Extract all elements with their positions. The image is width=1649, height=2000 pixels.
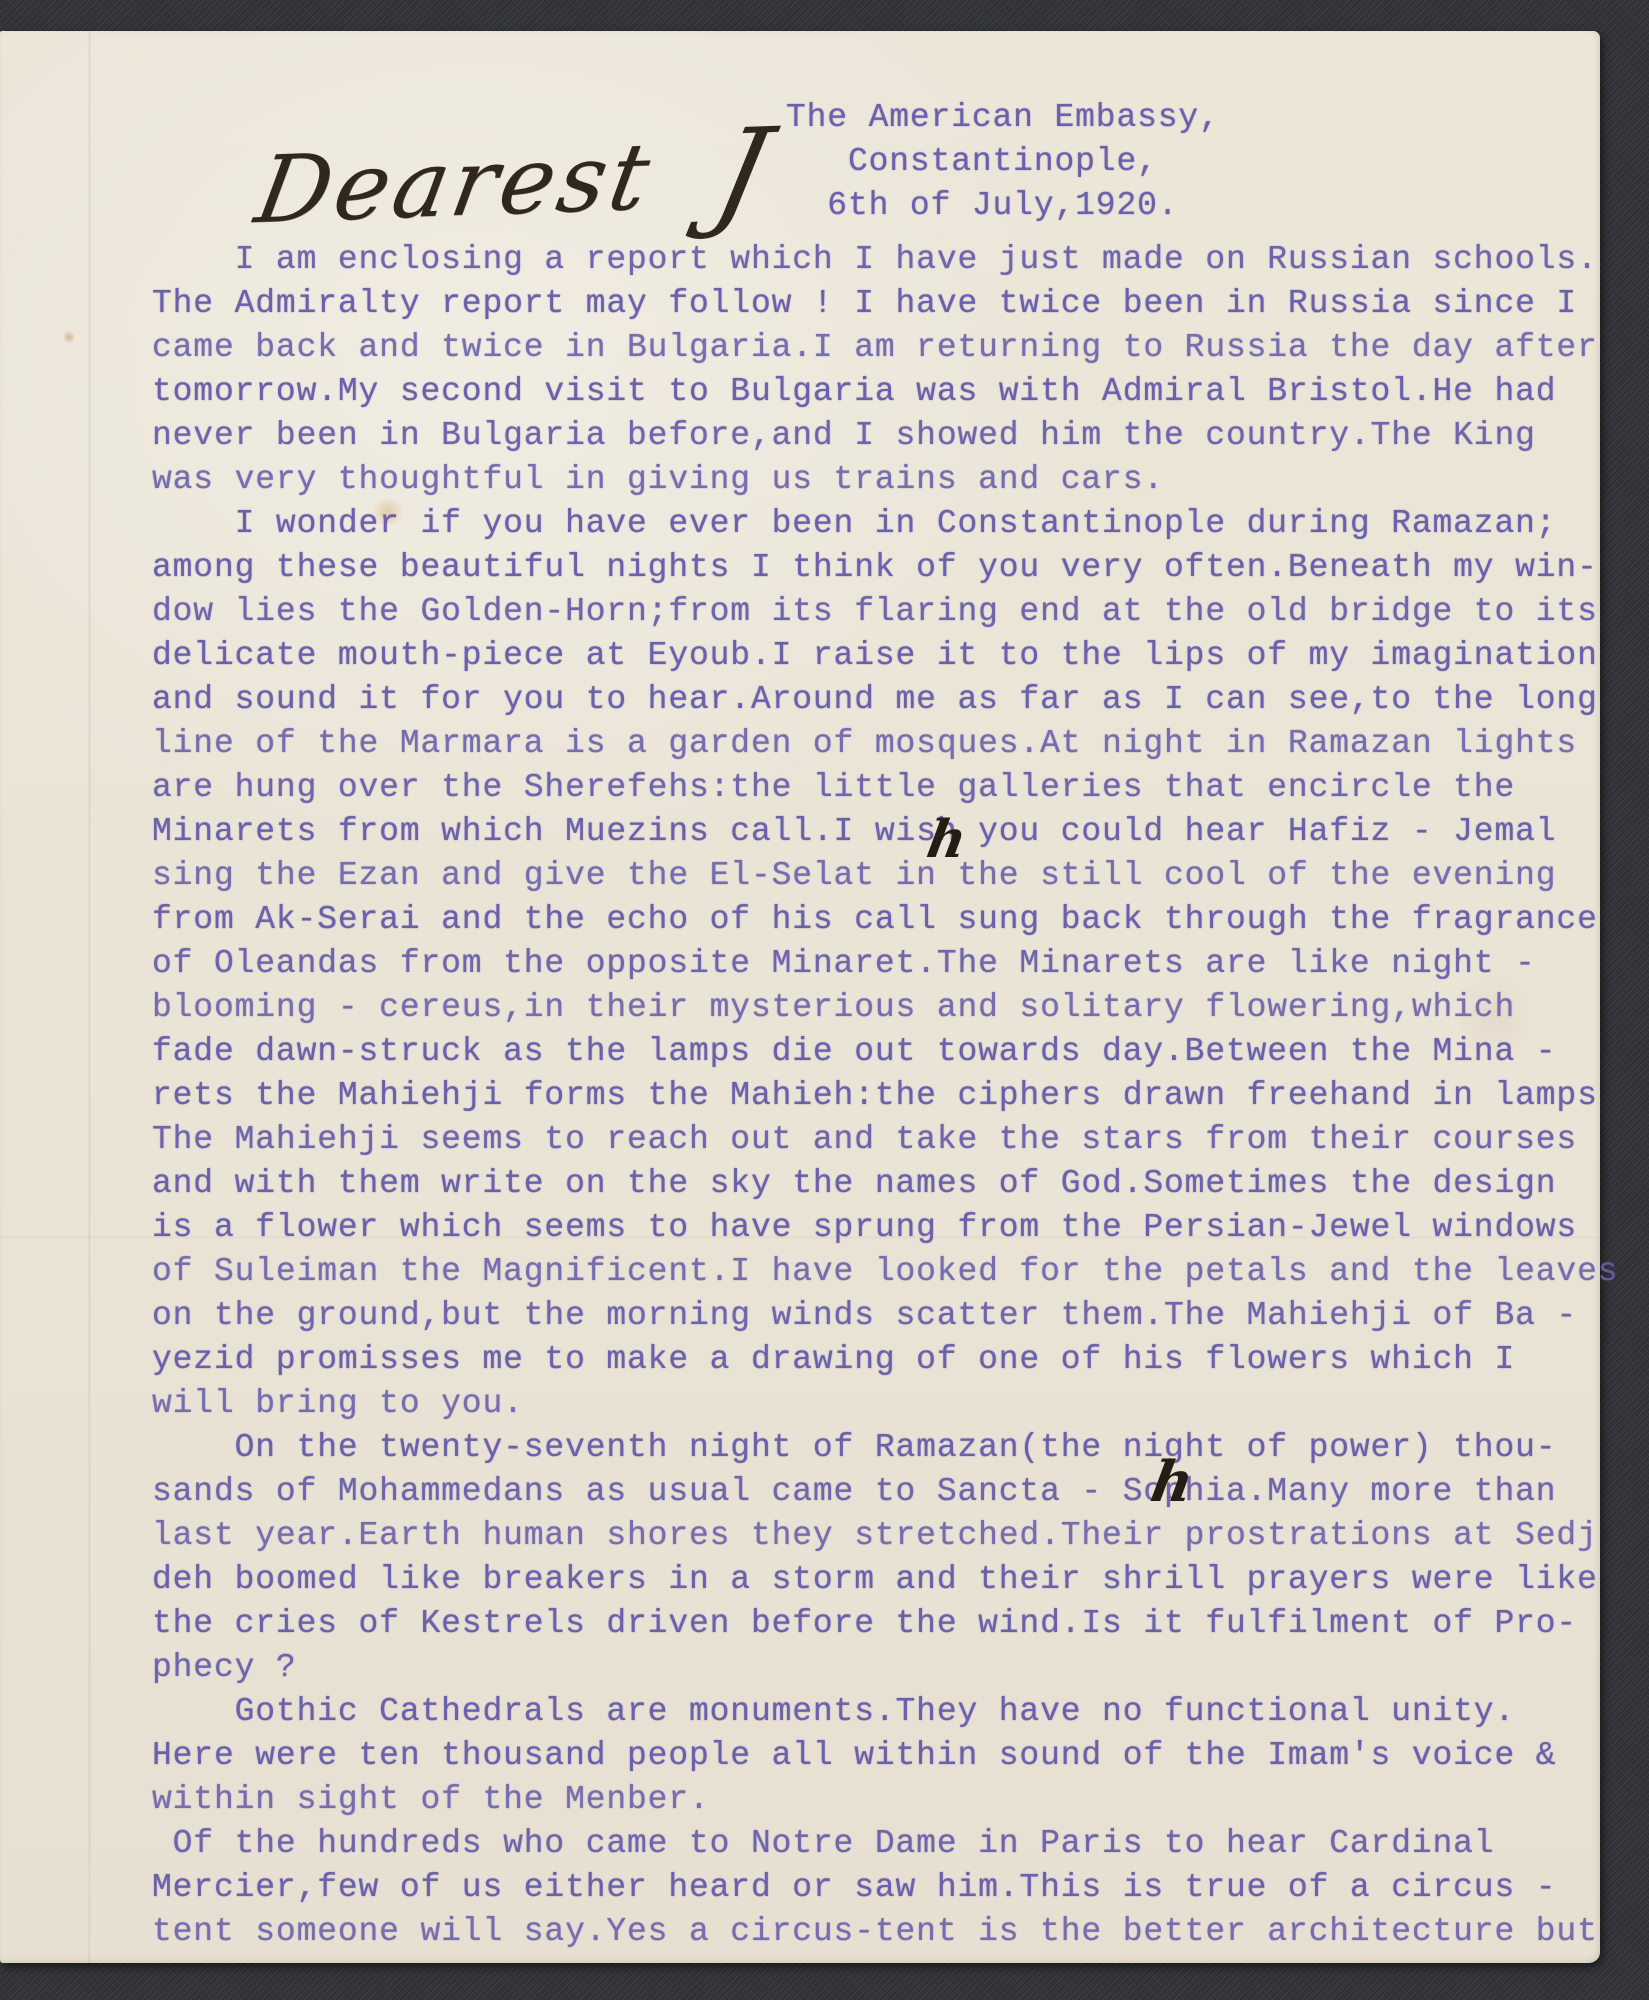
text-line: Of the hundreds who came to Notre Dame i… bbox=[152, 1822, 1594, 1866]
text-line: tent someone will say.Yes a circus-tent … bbox=[152, 1910, 1594, 1954]
text-line: of Suleiman the Magnificent.I have looke… bbox=[152, 1250, 1594, 1294]
text-line: was very thoughtful in giving us trains … bbox=[152, 458, 1594, 502]
text-line: The American Embassy, bbox=[786, 97, 1220, 141]
text-line: delicate mouth-piece at Eyoub.I raise it… bbox=[152, 634, 1594, 678]
text-line: sing the Ezan and give the El-Selat in t… bbox=[152, 854, 1594, 898]
letterhead: The American Embassy, Constantinople, 6t… bbox=[786, 97, 1220, 229]
salutation-initial: J bbox=[704, 102, 781, 243]
letter-body: I am enclosing a report which I have jus… bbox=[152, 238, 1594, 1954]
text-line: within sight of the Menber. bbox=[152, 1778, 1594, 1822]
text-line: On the twenty-seventh night of Ramazan(t… bbox=[152, 1426, 1594, 1470]
text-line: came back and twice in Bulgaria.I am ret… bbox=[152, 326, 1594, 370]
text-line: 6th of July,1920. bbox=[786, 185, 1220, 229]
text-line: will bring to you. bbox=[152, 1382, 1594, 1426]
text-line: the cries of Kestrels driven before the … bbox=[152, 1602, 1594, 1646]
text-line: Minarets from which Muezins call.I wish … bbox=[152, 810, 1594, 854]
text-line: sands of Mohammedans as usual came to Sa… bbox=[152, 1470, 1594, 1514]
text-line: The Admiralty report may follow ! I have… bbox=[152, 282, 1594, 326]
text-line: among these beautiful nights I think of … bbox=[152, 546, 1594, 590]
fold-crease-vertical bbox=[88, 31, 91, 1963]
text-line: from Ak-Serai and the echo of his call s… bbox=[152, 898, 1594, 942]
text-line: and sound it for you to hear.Around me a… bbox=[152, 678, 1594, 722]
text-line: rets the Mahiehji forms the Mahieh:the c… bbox=[152, 1074, 1594, 1118]
paper-stain bbox=[62, 331, 76, 343]
text-line: deh boomed like breakers in a storm and … bbox=[152, 1558, 1594, 1602]
text-line: yezid promisses me to make a drawing of … bbox=[152, 1338, 1594, 1382]
text-line: Here were ten thousand people all within… bbox=[152, 1734, 1594, 1778]
text-line: line of the Marmara is a garden of mosqu… bbox=[152, 722, 1594, 766]
text-line: never been in Bulgaria before,and I show… bbox=[152, 414, 1594, 458]
text-line: of Oleandas from the opposite Minaret.Th… bbox=[152, 942, 1594, 986]
text-line: phecy ? bbox=[152, 1646, 1594, 1690]
text-line: last year.Earth human shores they stretc… bbox=[152, 1514, 1594, 1558]
text-line: I am enclosing a report which I have jus… bbox=[152, 238, 1594, 282]
text-line: Constantinople, bbox=[786, 141, 1220, 185]
salutation-word: Dearest bbox=[248, 123, 660, 244]
text-line: on the ground,but the morning winds scat… bbox=[152, 1294, 1594, 1338]
text-line: is a flower which seems to have sprung f… bbox=[152, 1206, 1594, 1250]
text-line: dow lies the Golden-Horn;from its flarin… bbox=[152, 590, 1594, 634]
text-line: blooming - cereus,in their mysterious an… bbox=[152, 986, 1594, 1030]
text-line: Mercier,few of us either heard or saw hi… bbox=[152, 1866, 1594, 1910]
text-line: and with them write on the sky the names… bbox=[152, 1162, 1594, 1206]
text-line: are hung over the Sherefehs:the little g… bbox=[152, 766, 1594, 810]
text-line: fade dawn-struck as the lamps die out to… bbox=[152, 1030, 1594, 1074]
text-line: tomorrow.My second visit to Bulgaria was… bbox=[152, 370, 1594, 414]
letter-page: Dearest J The American Embassy, Constant… bbox=[0, 31, 1600, 1963]
text-line: Gothic Cathedrals are monuments.They hav… bbox=[152, 1690, 1594, 1734]
text-line: The Mahiehji seems to reach out and take… bbox=[152, 1118, 1594, 1162]
text-line: I wonder if you have ever been in Consta… bbox=[152, 502, 1594, 546]
